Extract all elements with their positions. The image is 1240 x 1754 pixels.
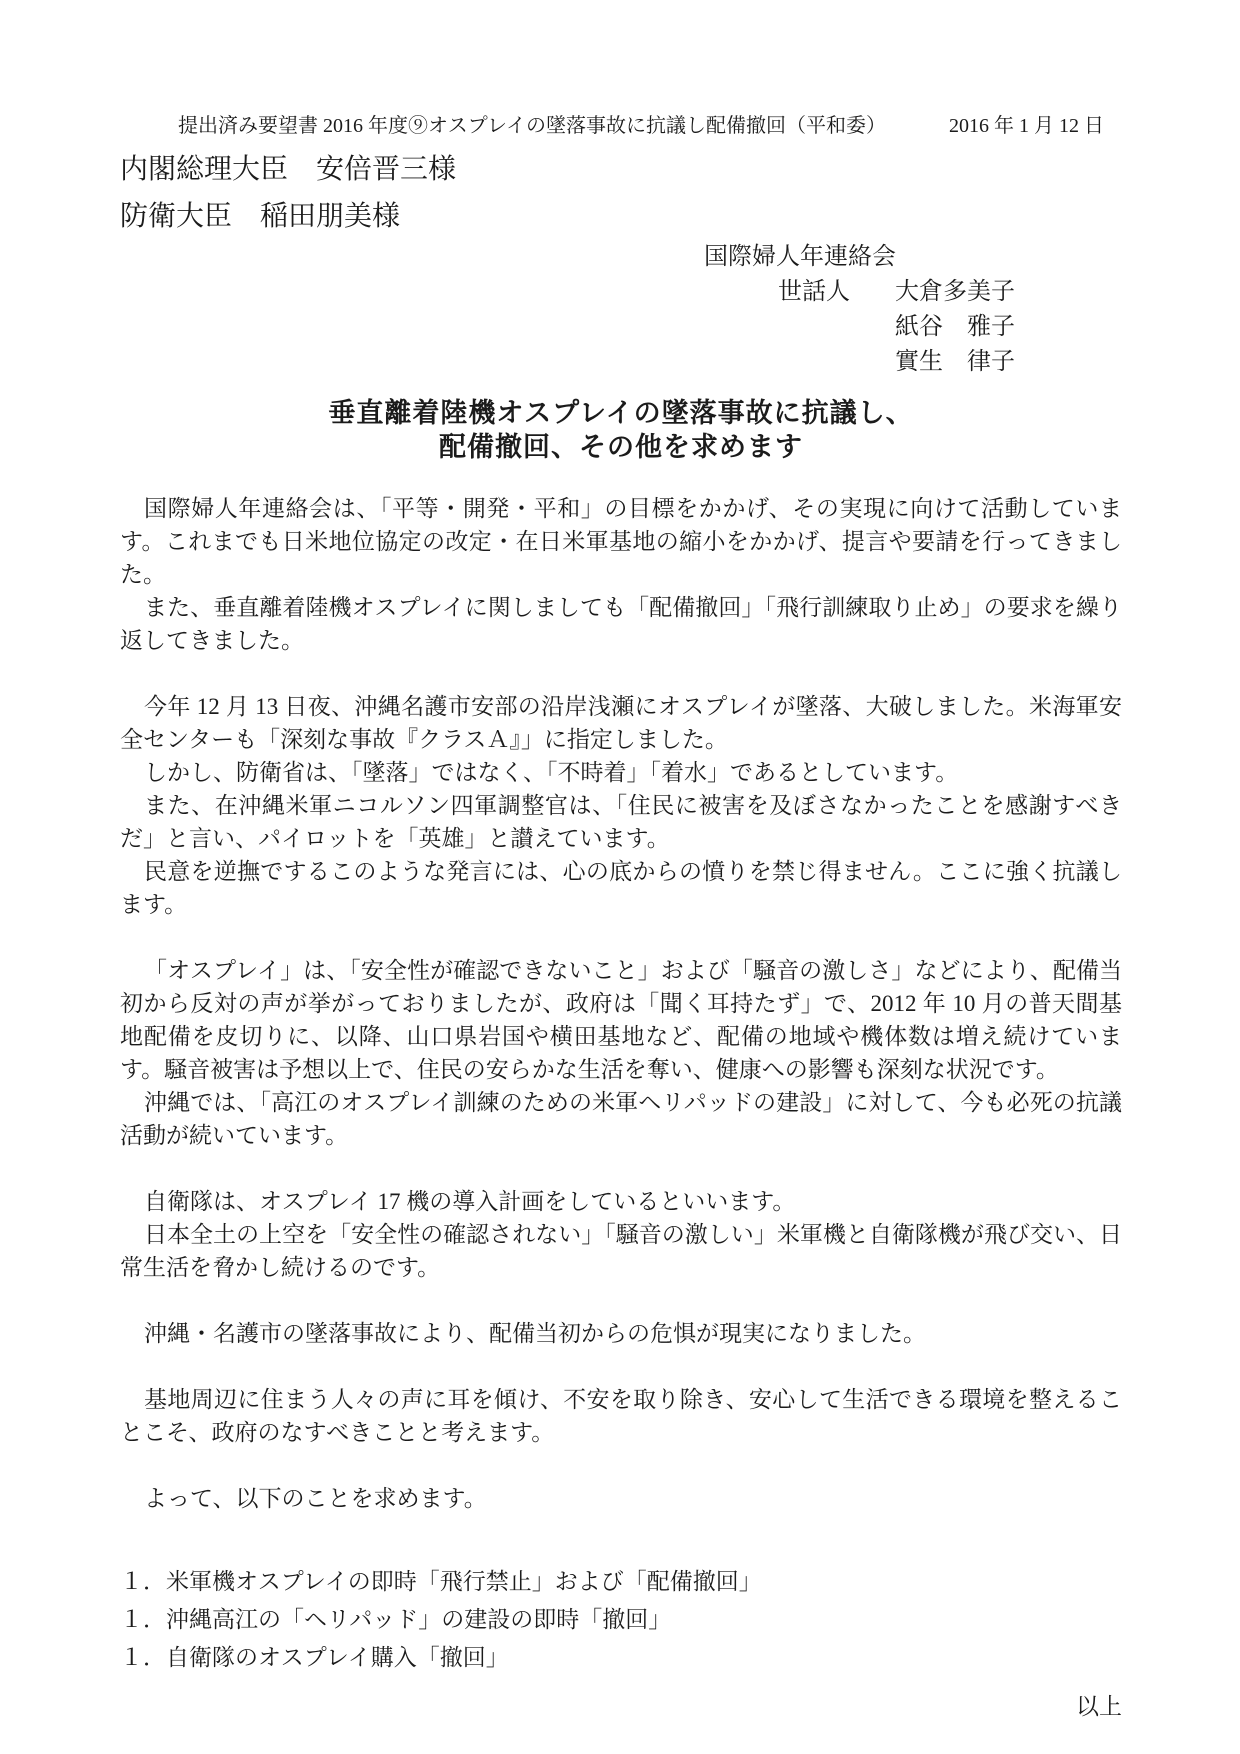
doc-date: 2016 年 1 月 12 日	[949, 112, 1104, 140]
paragraph: 自衛隊は、オスプレイ 17 機の導入計画をしているといいます。	[120, 1185, 1122, 1218]
sender-block: 国際婦人年連絡会 世話人 大倉多美子 紙谷 雅子 實生 律子	[120, 240, 1122, 380]
paragraph: また、垂直離着陸機オスプレイに関しましても「配備撤回」「飛行訓練取り止め」の要求…	[120, 591, 1122, 657]
paragraph: 日本全土の上空を「安全性の確認されない」「騒音の激しい」米軍機と自衛隊機が飛び交…	[120, 1218, 1122, 1284]
paragraph: 国際婦人年連絡会は、「平等・開発・平和」の目標をかかげ、その実現に向けて活動して…	[120, 492, 1122, 591]
sender-organization: 国際婦人年連絡会	[704, 240, 1122, 275]
sender-role: 世話人	[778, 275, 895, 310]
sender-line: 世話人 大倉多美子	[120, 275, 1122, 310]
doc-title-line2: 配備撤回、その他を求めます	[120, 430, 1122, 464]
doc-title-line1: 垂直離着陸機オスプレイの墜落事故に抗議し、	[120, 396, 1122, 430]
demand-item: １．自衛隊のオスプレイ購入「撤回」	[120, 1641, 1122, 1674]
sender-role-spacer	[778, 345, 895, 380]
sender-representative: 紙谷 雅子	[895, 310, 1015, 345]
paragraph: 沖縄・名護市の墜落事故により、配備当初からの危惧が現実になりました。	[120, 1317, 1122, 1350]
body-text: 国際婦人年連絡会は、「平等・開発・平和」の目標をかかげ、その実現に向けて活動して…	[120, 492, 1122, 1515]
doc-reference-line: 提出済み要望書 2016 年度⑨オスプレイの墜落事故に抗議し配備撤回（平和委） …	[120, 112, 1122, 140]
paragraph: 沖縄では、「高江のオスプレイ訓練のための米軍ヘリパッドの建設」に対して、今も必死…	[120, 1086, 1122, 1152]
recipient-defense-minister: 防衛大臣 稲田朋美様	[120, 193, 1122, 240]
doc-title: 垂直離着陸機オスプレイの墜落事故に抗議し、 配備撤回、その他を求めます	[120, 396, 1122, 464]
demand-item: １．米軍機オスプレイの即時「飛行禁止」および「配備撤回」	[120, 1565, 1122, 1598]
paragraph: また、在沖縄米軍ニコルソン四軍調整官は、「住民に被害を及ぼさなかったことを感謝す…	[120, 789, 1122, 855]
demand-item: １．沖縄高江の「ヘリパッド」の建設の即時「撤回」	[120, 1603, 1122, 1636]
sender-representative: 大倉多美子	[895, 275, 1015, 310]
doc-reference-text: 提出済み要望書 2016 年度⑨オスプレイの墜落事故に抗議し配備撤回（平和委）	[178, 112, 886, 140]
sender-representative: 實生 律子	[895, 345, 1015, 380]
sender-role-spacer	[778, 310, 895, 345]
paragraph: 「オスプレイ」は、「安全性が確認できないこと」および「騒音の激しさ」などにより、…	[120, 954, 1122, 1086]
closing-word: 以上	[120, 1690, 1122, 1723]
recipients-block: 内閣総理大臣 安倍晋三様 防衛大臣 稲田朋美様	[120, 146, 1122, 240]
paragraph: よって、以下のことを求めます。	[120, 1482, 1122, 1515]
paragraph: しかし、防衛省は、「墜落」ではなく、「不時着」「着水」であるとしています。	[120, 756, 1122, 789]
document-page: 提出済み要望書 2016 年度⑨オスプレイの墜落事故に抗議し配備撤回（平和委） …	[0, 0, 1240, 1754]
sender-line: 實生 律子	[120, 345, 1122, 380]
demands-list: １．米軍機オスプレイの即時「飛行禁止」および「配備撤回」 １．沖縄高江の「ヘリパ…	[120, 1565, 1122, 1674]
paragraph: 基地周辺に住まう人々の声に耳を傾け、不安を取り除き、安心して生活できる環境を整え…	[120, 1383, 1122, 1449]
sender-line: 紙谷 雅子	[120, 310, 1122, 345]
paragraph: 民意を逆撫でするこのような発言には、心の底からの憤りを禁じ得ません。ここに強く抗…	[120, 855, 1122, 921]
paragraph: 今年 12 月 13 日夜、沖縄名護市安部の沿岸浅瀬にオスプレイが墜落、大破しま…	[120, 690, 1122, 756]
recipient-prime-minister: 内閣総理大臣 安倍晋三様	[120, 146, 1122, 193]
